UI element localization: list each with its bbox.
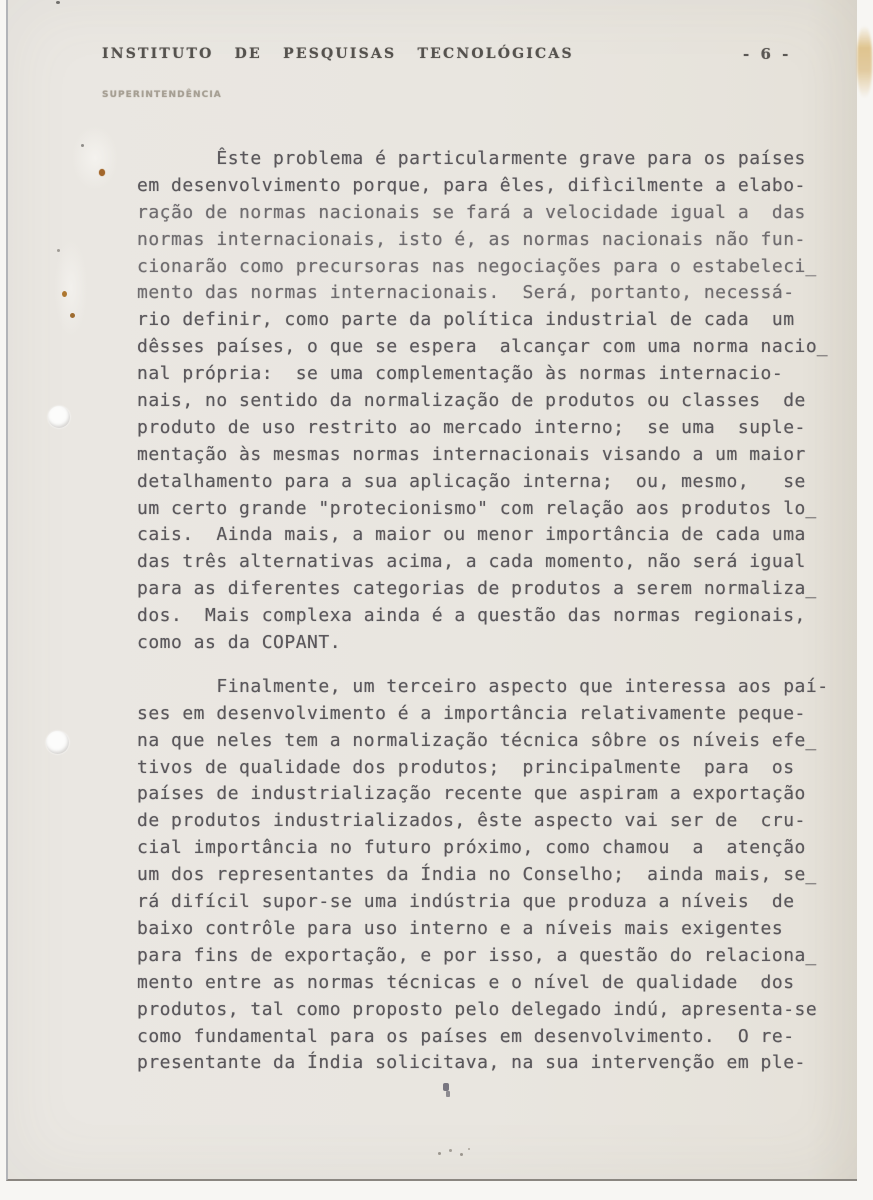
text-line: ses em desenvolvimento é a importância r… [137, 701, 843, 728]
text-line: normas internacionais, isto é, as normas… [137, 227, 843, 254]
paragraph: Êste problema é particularmente grave pa… [137, 146, 843, 657]
staple-dent-mark [54, 238, 88, 338]
text-line: cionarão como precursoras nas negociaçõe… [137, 254, 843, 281]
text-line: rio definir, como parte da política indu… [137, 307, 843, 334]
text-line: mentação às mesmas normas internacionais… [137, 442, 843, 469]
page-number: - 6 - [743, 45, 791, 63]
text-line: cial importância no futuro próximo, como… [137, 835, 843, 862]
staple-dent-mark [72, 126, 118, 190]
text-line: cais. Ainda mais, a maior ou menor impor… [137, 522, 843, 549]
text-line: como as da COPANT. [137, 630, 843, 657]
text-line: baixo contrôle para uso interno e a níve… [137, 916, 843, 943]
text-line: de produtos industrializados, êste aspec… [137, 808, 843, 835]
text-line: nais, no sentido da normalização de prod… [137, 388, 843, 415]
text-line: um certo grande "protecionismo" com rela… [137, 496, 843, 523]
hole-punch-top [48, 406, 70, 428]
text-line: rá difícil supor-se uma indústria que pr… [137, 889, 843, 916]
text-line: em desenvolvimento porque, para êles, di… [137, 173, 843, 200]
rust-speck [70, 313, 75, 318]
text-line: tivos de qualidade dos produtos; princip… [137, 755, 843, 782]
rust-speck [99, 169, 105, 176]
text-line: dos. Mais complexa ainda é a questão das… [137, 603, 843, 630]
pencil-dot [460, 1153, 463, 1156]
paragraph: Finalmente, um terceiro aspecto que inte… [137, 674, 843, 1077]
text-line: das três alternativas acima, a cada mome… [137, 549, 843, 576]
text-line: países de industrialização recente que a… [137, 781, 843, 808]
text-line: como fundamental para os países em desen… [137, 1024, 843, 1051]
text-line: ração de normas nacionais se fará a velo… [137, 200, 843, 227]
text-line: dêsses países, o que se espera alcançar … [137, 334, 843, 361]
text-line: Êste problema é particularmente grave pa… [137, 146, 843, 173]
text-line: mento entre as normas técnicas e o nível… [137, 970, 843, 997]
text-line: detalhamento para a sua aplicação intern… [137, 469, 843, 496]
institution-header: INSTITUTO DE PESQUISAS TECNOLÓGICAS [102, 46, 574, 62]
text-line: produto de uso restrito ao mercado inter… [137, 415, 843, 442]
hole-punch-bottom [46, 731, 69, 754]
document-body: Êste problema é particularmente grave pa… [137, 146, 843, 1077]
pencil-dot [438, 1152, 441, 1155]
pencil-dot [468, 1148, 470, 1150]
text-line: produtos, tal como proposto pelo delegad… [137, 997, 843, 1024]
text-line: nal própria: se uma complementação às no… [137, 361, 843, 388]
superintendencia-stamp: SUPERINTENDÊNCIA [102, 90, 222, 100]
rust-speck [62, 291, 67, 297]
text-line: para as diferentes categorias de produto… [137, 576, 843, 603]
text-line: Finalmente, um terceiro aspecto que inte… [137, 674, 843, 701]
text-line: para fins de exportação, e por isso, a q… [137, 943, 843, 970]
paper-speck [57, 249, 60, 252]
scanned-document: INSTITUTO DE PESQUISAS TECNOLÓGICAS - 6 … [0, 0, 873, 1200]
text-line: presentante da Índia solicitava, na sua … [137, 1050, 843, 1077]
text-line: na que neles tem a normalização técnica … [137, 728, 843, 755]
text-line: um dos representantes da Índia no Consel… [137, 862, 843, 889]
paper-sheet: INSTITUTO DE PESQUISAS TECNOLÓGICAS - 6 … [6, 0, 857, 1181]
ink-smudge [443, 1083, 449, 1091]
page-edge-discoloration [857, 26, 872, 98]
paper-speck [56, 1, 60, 4]
text-line: mento das normas internacionais. Será, p… [137, 280, 843, 307]
pencil-dot [449, 1149, 452, 1152]
rust-speck [81, 144, 84, 147]
